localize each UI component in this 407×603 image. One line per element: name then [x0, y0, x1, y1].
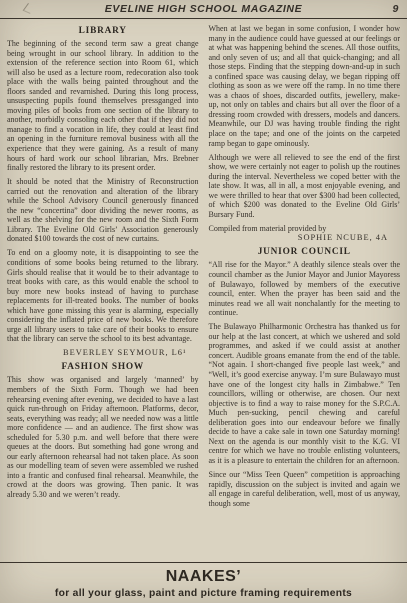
library-paragraph-3: To end on a gloomy note, it is disappoin… [7, 248, 199, 343]
junior-council-paragraph-1: “All rise for the Mayor.” A deathly sile… [209, 260, 401, 317]
junior-council-paragraph-2: The Bulawayo Philharmonic Orchestra has … [209, 322, 401, 465]
library-paragraph-1: The beginning of the second term saw a g… [7, 39, 199, 173]
article-columns: LIBRARY The beginning of the second term… [0, 19, 407, 557]
library-heading: LIBRARY [7, 26, 199, 36]
junior-council-heading: JUNIOR COUNCIL [209, 247, 401, 257]
library-paragraph-2: It should be noted that the Ministry of … [7, 177, 199, 244]
fashion-show-byline: SOPHIE NCUBE, 4A [209, 233, 401, 242]
fashion-show-paragraph-3: Although we were all relieved to see the… [209, 153, 401, 220]
footer-advertisement: NAAKES’ for all your glass, paint and pi… [0, 562, 407, 603]
page-number: 9 [393, 3, 399, 15]
magazine-title: EVELINE HIGH SCHOOL MAGAZINE [0, 3, 407, 15]
left-column: LIBRARY The beginning of the second term… [7, 24, 199, 557]
junior-council-paragraph-3: Since our “Miss Teen Queen” competition … [209, 470, 401, 508]
advertiser-tagline: for all your glass, paint and picture fr… [0, 588, 407, 599]
fashion-show-heading: FASHION SHOW [7, 362, 199, 372]
advertiser-name: NAAKES’ [0, 568, 407, 586]
fashion-show-credit: Compiled from material provided by [209, 224, 401, 234]
magazine-page: EVELINE HIGH SCHOOL MAGAZINE 9 LIBRARY T… [0, 0, 407, 603]
fashion-show-paragraph-1: This show was organised and largely ‘man… [7, 375, 199, 499]
page-header: EVELINE HIGH SCHOOL MAGAZINE 9 [0, 0, 407, 19]
library-byline: BEVERLEY SEYMOUR, L6¹ [7, 348, 199, 357]
right-column: When at last we began in some confusion,… [209, 24, 401, 557]
fashion-show-paragraph-2: When at last we began in some confusion,… [209, 24, 401, 148]
